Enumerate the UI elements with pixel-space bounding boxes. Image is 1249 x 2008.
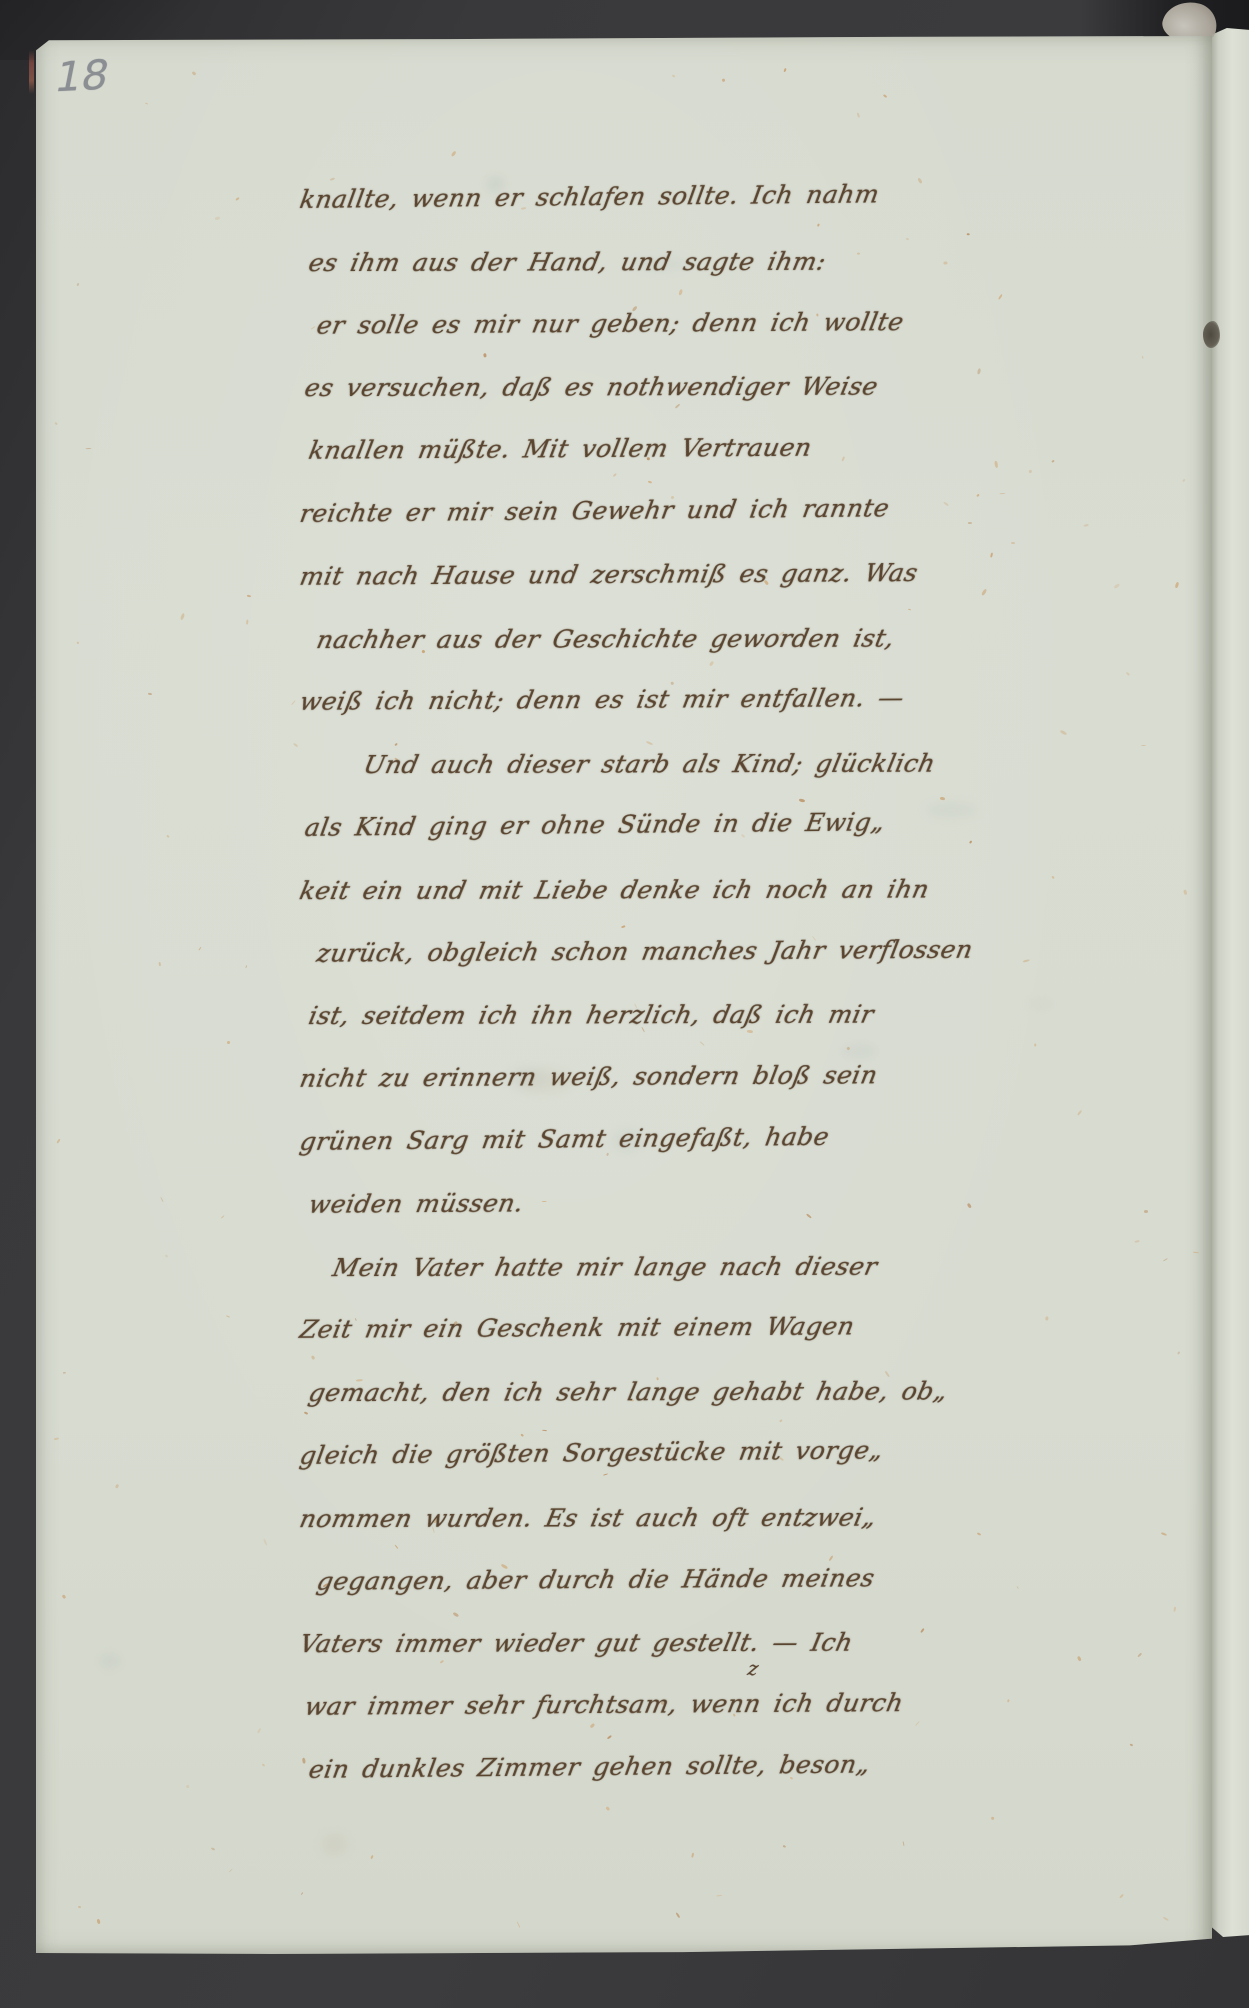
- manuscript-line: nommen wurden. Es ist auch oft entzwei„: [293, 1486, 907, 1550]
- manuscript-line: Und auch dieser starb als Kind; glücklic…: [357, 733, 906, 797]
- manuscript-line: Vaters immer wieder gut gestellt. — Ich: [293, 1612, 907, 1676]
- manuscript-line: Mein Vater hatte mir lange nach dieser: [321, 1235, 906, 1299]
- manuscript-line: nachher aus der Geschichte geworden ist,: [293, 607, 907, 671]
- manuscript-line: als Kind ging er ohne Sünde in die Ewig„: [295, 791, 906, 860]
- manuscript-line: grünen Sarg mit Samt eingefaßt, habe: [295, 1105, 906, 1174]
- manuscript-line: ist, seitdem ich ihn herzlich, daß ich m…: [293, 984, 907, 1048]
- manuscript-line: war immer sehr furchtsam, wenn ich durch: [294, 1672, 907, 1738]
- manuscript-line: weiß ich nicht; denn es ist mir entfalle…: [294, 668, 907, 734]
- manuscript-line: nicht zu erinnern weiß, sondern bloß sei…: [294, 1044, 907, 1110]
- page-number: 18: [51, 51, 113, 102]
- manuscript-text-block: knallte, wenn er schlafen sollte. Ich na…: [300, 169, 900, 1802]
- manuscript-line: es ihm aus der Hand, und sagte ihm:: [293, 230, 907, 294]
- manuscript-line: knallte, wenn er schlafen sollte. Ich na…: [295, 163, 906, 232]
- manuscript-line: gegangen, aber durch die Hände meines: [294, 1547, 907, 1613]
- ink-blot-on-crease: [1203, 321, 1220, 348]
- manuscript-line: zurück, obgleich schon manches Jahr verf…: [294, 919, 907, 985]
- manuscript-line: ein dunkles Zimmer gehen sollte, beson„: [295, 1733, 906, 1802]
- red-edge-mark: [29, 50, 34, 94]
- manuscript-line: er solle es mir nur geben; denn ich woll…: [294, 291, 907, 357]
- manuscript-line: reichte er mir sein Gewehr und ich rannt…: [295, 477, 906, 546]
- manuscript-line: keit ein und mit Liebe denke ich noch an…: [293, 858, 907, 922]
- manuscript-line: gemacht, den ich sehr lange gehabt habe,…: [293, 1361, 907, 1425]
- manuscript-line: knallen müßte. Mit vollem Vertrauen: [294, 417, 907, 483]
- manuscript-line: es versuchen, daß es nothwendiger Weise: [293, 356, 907, 420]
- manuscript-line: mit nach Hause und zerschmiß es ganz. Wa…: [294, 542, 907, 608]
- manuscript-line: weiden müssen.: [294, 1170, 907, 1236]
- manuscript-line: gleich die größten Sorgestücke mit vorge…: [295, 1419, 906, 1488]
- manuscript-line: Zeit mir ein Geschenk mit einem Wagen: [294, 1296, 907, 1362]
- adjacent-page-edge: [1212, 28, 1249, 1937]
